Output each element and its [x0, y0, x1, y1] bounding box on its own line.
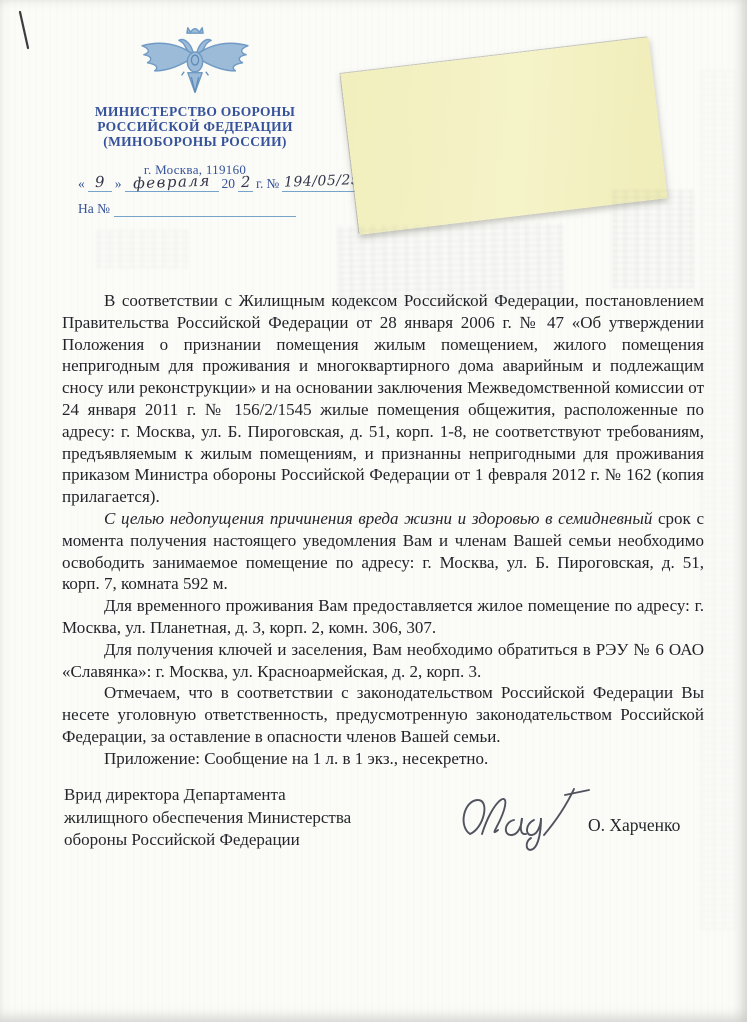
org-name-line1: МИНИСТЕРСТВО ОБОРОНЫ: [70, 104, 320, 119]
letterhead: МИНИСТЕРСТВО ОБОРОНЫ РОССИЙСКОЙ ФЕДЕРАЦИ…: [70, 26, 320, 178]
signer-title-line3: обороны Российской Федерации: [64, 829, 351, 852]
close-quote: »: [115, 176, 122, 192]
signer-title-line2: жилищного обеспечения Министерства: [64, 807, 351, 830]
org-name-line3: (МИНОБОРОНЫ РОССИИ): [70, 134, 320, 149]
date-month-handwritten: февраля: [132, 172, 210, 193]
reference-blank-underline: [114, 198, 296, 217]
reference-label: На №: [78, 201, 110, 217]
bleed-through-text: [700, 70, 736, 930]
sticky-note: [340, 37, 667, 235]
double-headed-eagle-icon: [136, 26, 254, 96]
paragraph-vacate-order: С целью недопущения причинения вреда жиз…: [62, 508, 704, 595]
year-handwritten: 2: [240, 173, 250, 191]
signer-title-line1: Врид директора Департамента: [64, 784, 351, 807]
date-day-handwritten: 9: [95, 173, 105, 191]
signature-autograph-icon: [452, 778, 607, 858]
signer-name: О. Харченко: [588, 815, 680, 836]
paragraph-keys-instructions: Для получения ключей и заселения, Вам не…: [62, 639, 704, 683]
paragraph-attachment: Приложение: Сообщение на 1 л. в 1 экз., …: [62, 748, 704, 770]
date-number-line: « 9 » февраля 20 2 г. № 194/05/2530: [78, 172, 380, 192]
paragraph-liability-warning: Отмечаем, что в соответствии с законодат…: [62, 682, 704, 747]
number-label: №: [266, 176, 279, 192]
letter-body: В соответствии с Жилищным кодексом Росси…: [62, 290, 704, 770]
pen-stroke-icon: [13, 7, 37, 55]
reference-line: На №: [78, 199, 296, 217]
bleed-through-text: [612, 190, 694, 288]
org-name-line2: РОССИЙСКОЙ ФЕДЕРАЦИИ: [70, 119, 320, 134]
year-prefix: 20: [222, 176, 236, 192]
year-suffix: г.: [256, 176, 263, 192]
open-quote: «: [78, 176, 85, 192]
signer-title-block: Врид директора Департамента жилищного об…: [64, 784, 351, 852]
bleed-through-text: [96, 230, 188, 268]
scanned-letter-page: МИНИСТЕРСТВО ОБОРОНЫ РОССИЙСКОЙ ФЕДЕРАЦИ…: [0, 0, 747, 1022]
paragraph-vacate-lead: С целью недопущения причинения вреда жиз…: [104, 509, 652, 528]
paragraph-temporary-housing: Для временного проживания Вам предоставл…: [62, 595, 704, 639]
paragraph-legal-basis: В соответствии с Жилищным кодексом Росси…: [62, 290, 704, 508]
